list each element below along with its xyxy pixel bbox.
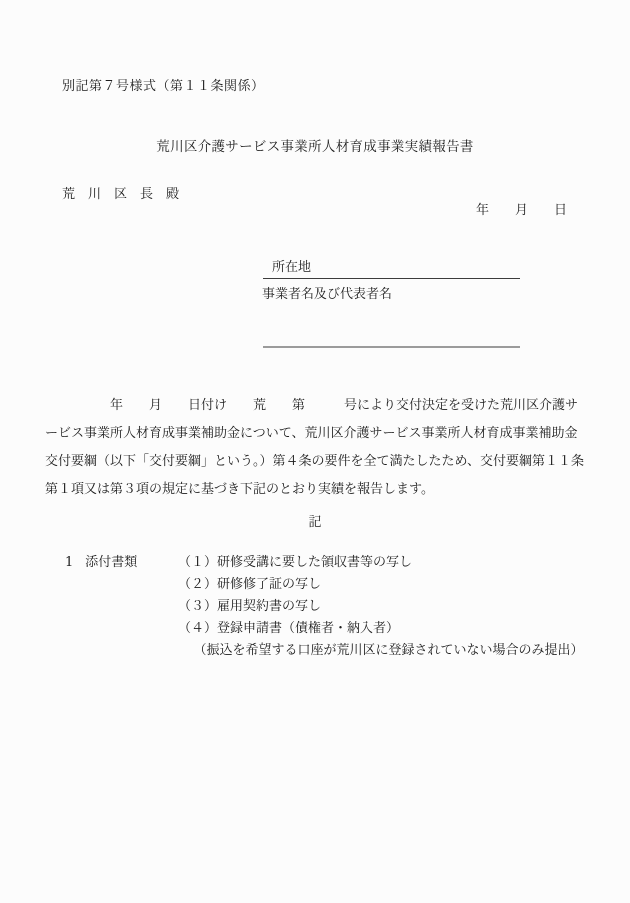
- body-line: ービス事業所人材育成事業補助金について、荒川区介護サービス事業所人材育成事業補助…: [45, 420, 590, 448]
- section-marker: 記: [0, 511, 630, 530]
- body-paragraph: 年 月 日付け 荒 第 号により交付決定を受けた荒川区介護サ ービス事業所人材育…: [45, 392, 590, 504]
- form-number: 別記第７号様式（第１１条関係）: [62, 75, 265, 94]
- attachments-heading: 1添付書類: [65, 552, 137, 574]
- attachments-label: 添付書類: [85, 555, 137, 570]
- recipient-line: 荒 川 区 長 殿: [62, 183, 179, 202]
- document-title: 荒川区介護サービス事業所人材育成事業実績報告書: [0, 135, 630, 155]
- attachments-number: 1: [65, 555, 73, 570]
- body-line: 第１項又は第３項の規定に基づき下記のとおり実績を報告します。: [45, 476, 590, 504]
- address-label: 所在地: [263, 260, 311, 275]
- document-page: 別記第７号様式（第１１条関係） 荒川区介護サービス事業所人材育成事業実績報告書 …: [0, 0, 630, 903]
- business-name-label: 事業者名及び代表者名: [262, 283, 392, 302]
- address-field: 所在地: [263, 256, 520, 279]
- attachment-item: （２）研修修了証の写し: [178, 574, 584, 596]
- attachment-item: （３）雇用契約書の写し: [178, 596, 584, 618]
- signature-underline: [263, 330, 520, 348]
- attachment-item-note: （振込を希望する口座が荒川区に登録されていない場合のみ提出）: [178, 640, 584, 662]
- date-blank-line: 年 月 日: [476, 199, 567, 218]
- attachment-item: （１）研修受講に要した領収書等の写し: [178, 552, 584, 574]
- attachments-list: （１）研修受講に要した領収書等の写し （２）研修修了証の写し （３）雇用契約書の…: [178, 552, 584, 662]
- body-line: 交付要綱（以下「交付要綱」という。）第４条の要件を全て満たしたため、交付要綱第１…: [45, 448, 590, 476]
- body-line: 年 月 日付け 荒 第 号により交付決定を受けた荒川区介護サ: [45, 392, 590, 420]
- attachment-item: （４）登録申請書（債権者・納入者）: [178, 618, 584, 640]
